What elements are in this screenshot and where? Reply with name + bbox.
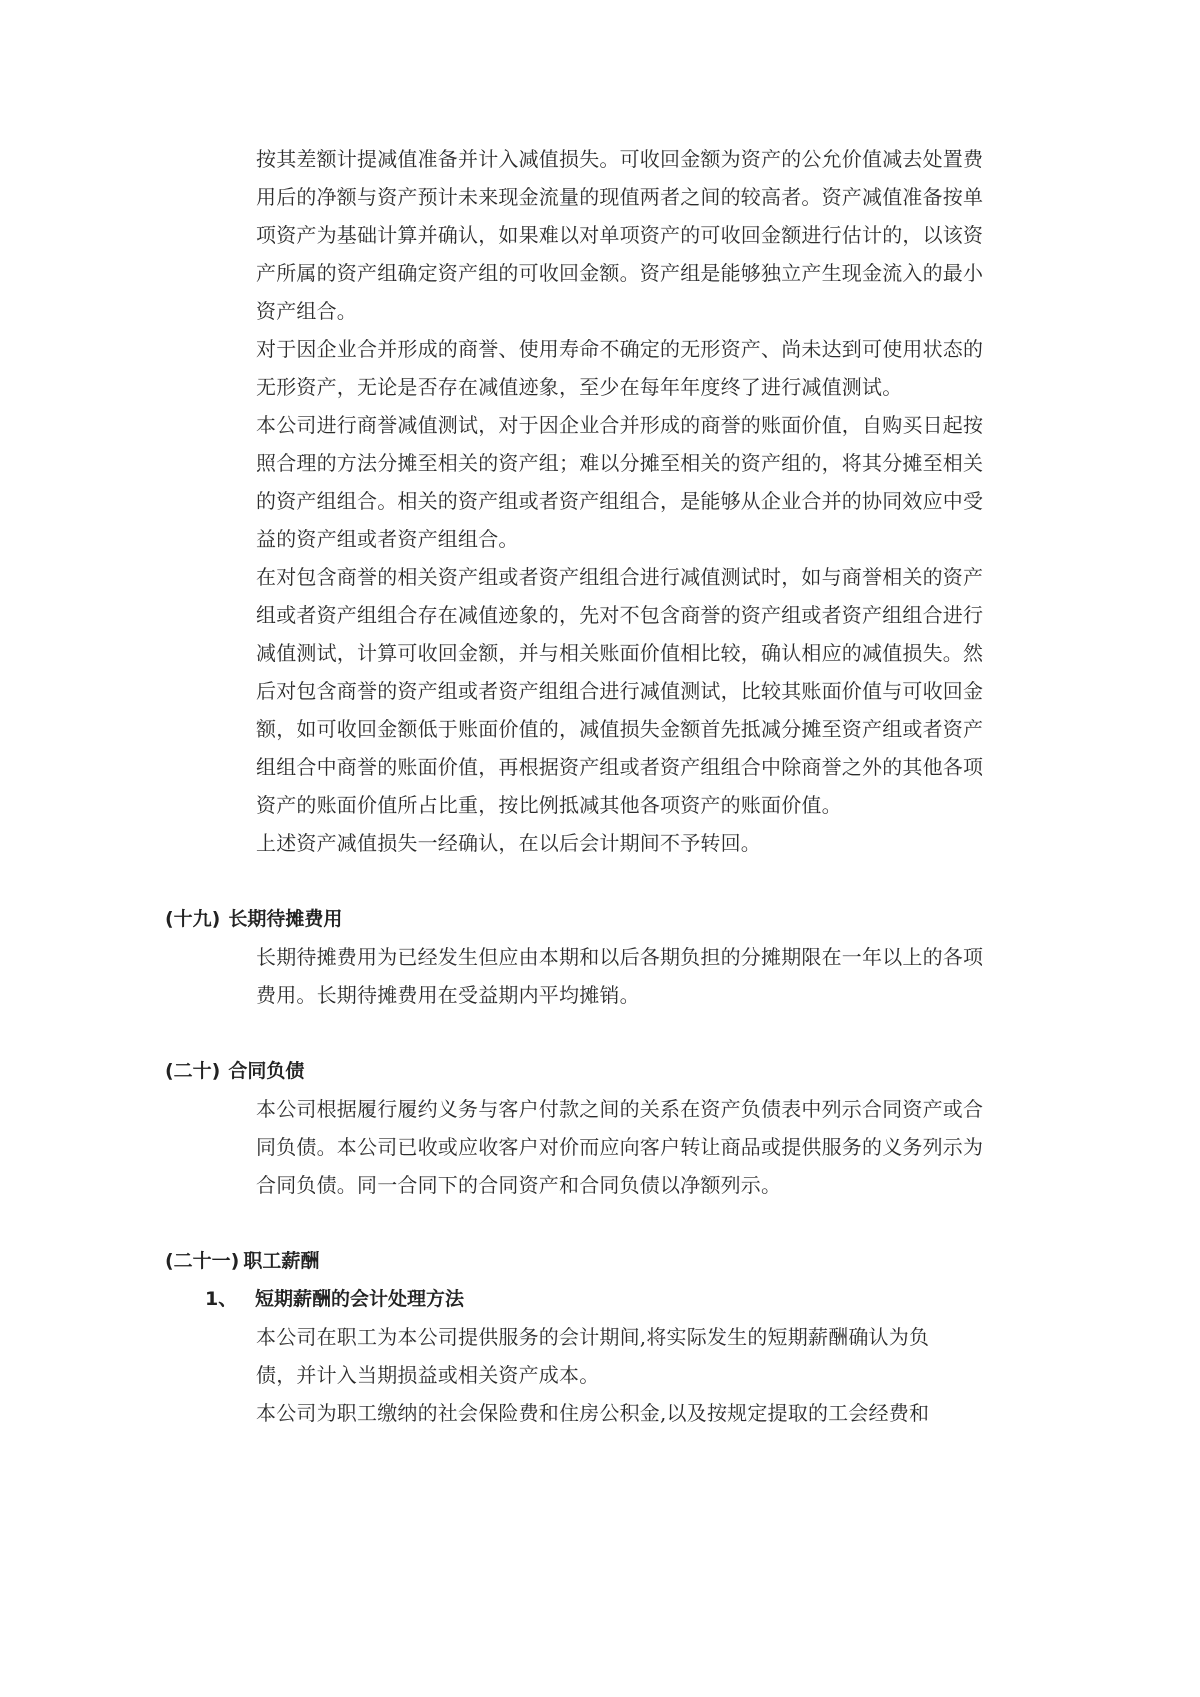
paragraph-line: 无形资产，无论是否存在减值迹象，至少在每年年度终了进行减值测试。 — [256, 375, 902, 399]
paragraph-line: 合同负债。同一合同下的合同资产和合同负债以净额列示。 — [256, 1173, 781, 1197]
paragraph-line: 的资产组组合。相关的资产组或者资产组组合，是能够从企业合并的协同效应中受 — [256, 489, 983, 513]
section-number: (十九) — [165, 907, 220, 931]
paragraph-line: 用后的净额与资产预计未来现金流量的现值两者之间的较高者。资产减值准备按单 — [256, 185, 983, 209]
paragraph-line: 本公司为职工缴纳的社会保险费和住房公积金,以及按规定提取的工会经费和 — [256, 1401, 929, 1425]
subsection-title: 短期薪酬的会计处理方法 — [255, 1287, 464, 1311]
paragraph-line: 本公司进行商誉减值测试，对于因企业合并形成的商誉的账面价值，自购买日起按 — [256, 413, 983, 437]
section-heading: (二十)合同负债 — [165, 1059, 304, 1083]
section-heading: (十九)长期待摊费用 — [165, 907, 342, 931]
paragraph-line: 长期待摊费用为已经发生但应由本期和以后各期负担的分摊期限在一年以上的各项 — [256, 945, 983, 969]
paragraph-line: 后对包含商誉的资产组或者资产组组合进行减值测试，比较其账面价值与可收回金 — [256, 679, 983, 703]
paragraph-line: 产所属的资产组确定资产组的可收回金额。资产组是能够独立产生现金流入的最小 — [256, 261, 983, 285]
paragraph-line: 额，如可收回金额低于账面价值的，减值损失金额首先抵减分摊至资产组或者资产 — [256, 717, 983, 741]
paragraph-line: 照合理的方法分摊至相关的资产组；难以分摊至相关的资产组的，将其分摊至相关 — [256, 451, 983, 475]
section-title: 合同负债 — [228, 1060, 304, 1082]
paragraph-line: 组组合中商誉的账面价值，再根据资产组或者资产组组合中除商誉之外的其他各项 — [256, 755, 983, 779]
paragraph-line: 对于因企业合并形成的商誉、使用寿命不确定的无形资产、尚未达到可使用状态的 — [256, 337, 983, 361]
section-heading: (二十一)职工薪酬 — [165, 1249, 319, 1273]
paragraph-line: 在对包含商誉的相关资产组或者资产组组合进行减值测试时，如与商誉相关的资产 — [256, 565, 983, 589]
section-title: 职工薪酬 — [243, 1250, 319, 1272]
section-number: (二十) — [165, 1059, 220, 1083]
paragraph-line: 项资产为基础计算并确认，如果难以对单项资产的可收回金额进行估计的，以该资 — [256, 223, 983, 247]
paragraph-line: 资产组合。 — [256, 299, 357, 323]
section-title: 长期待摊费用 — [228, 908, 342, 930]
paragraph-line: 组或者资产组组合存在减值迹象的，先对不包含商誉的资产组或者资产组组合进行 — [256, 603, 983, 627]
section-number: (二十一) — [165, 1249, 239, 1273]
paragraph-line: 上述资产减值损失一经确认，在以后会计期间不予转回。 — [256, 831, 761, 855]
subsection-number: 1、 — [205, 1287, 237, 1311]
paragraph-line: 本公司根据履行履约义务与客户付款之间的关系在资产负债表中列示合同资产或合 — [256, 1097, 983, 1121]
document-page: 按其差额计提减值准备并计入减值损失。可收回金额为资产的公允价值减去处置费 用后的… — [0, 0, 1200, 1697]
paragraph-line: 费用。长期待摊费用在受益期内平均摊销。 — [256, 983, 640, 1007]
paragraph-line: 按其差额计提减值准备并计入减值损失。可收回金额为资产的公允价值减去处置费 — [256, 147, 983, 171]
paragraph-line: 本公司在职工为本公司提供服务的会计期间,将实际发生的短期薪酬确认为负 — [256, 1325, 929, 1349]
paragraph-line: 减值测试，计算可收回金额，并与相关账面价值相比较，确认相应的减值损失。然 — [256, 641, 983, 665]
paragraph-line: 资产的账面价值所占比重，按比例抵减其他各项资产的账面价值。 — [256, 793, 842, 817]
paragraph-line: 债，并计入当期损益或相关资产成本。 — [256, 1363, 599, 1387]
paragraph-line: 同负债。本公司已收或应收客户对价而应向客户转让商品或提供服务的义务列示为 — [256, 1135, 983, 1159]
paragraph-line: 益的资产组或者资产组组合。 — [256, 527, 519, 551]
